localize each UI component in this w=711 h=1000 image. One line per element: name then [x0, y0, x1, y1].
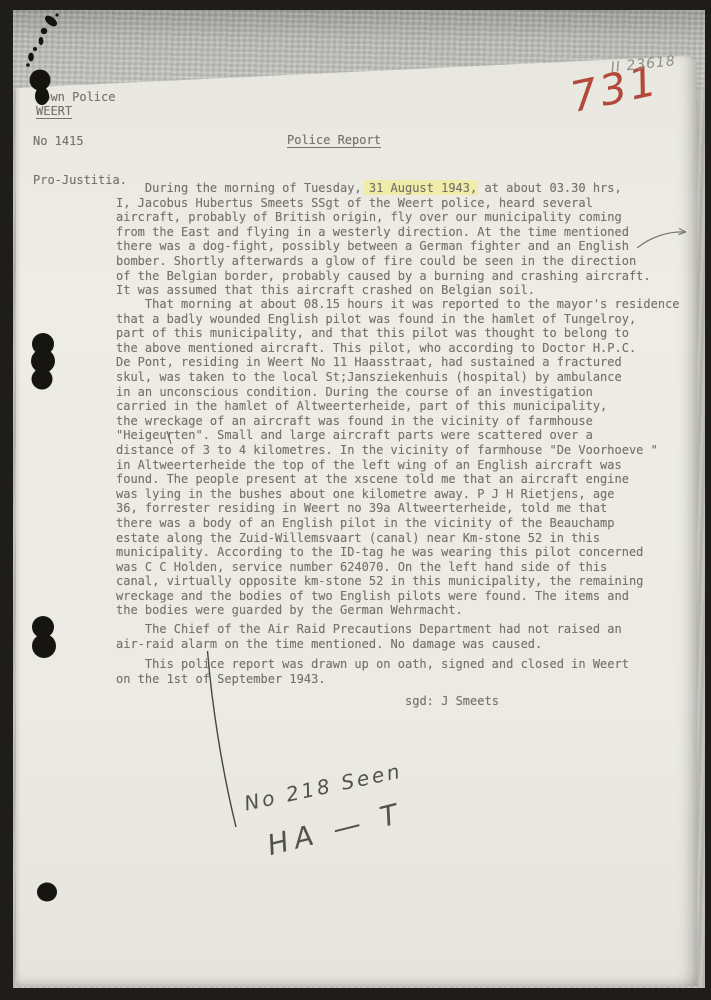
signature-line: sgd: J Smeets	[405, 694, 499, 709]
org-name-line1: Town Police	[36, 90, 115, 105]
scanned-document: Town Police WEERT No 1415 Police Report …	[0, 0, 711, 1000]
paragraph-1: During the morning of Tuesday, 31 August…	[116, 181, 651, 298]
paragraph-3: The Chief of the Air Raid Precautions De…	[116, 622, 622, 651]
report-number: No 1415	[33, 134, 84, 149]
paragraph-2: That morning at about 08.15 hours it was…	[116, 297, 680, 618]
salutation: Pro-Justitia.	[33, 173, 127, 188]
paragraph-4: This police report was drawn up on oath,…	[116, 657, 629, 686]
org-name-line2: WEERT	[36, 104, 72, 119]
report-title: Police Report	[287, 133, 381, 148]
